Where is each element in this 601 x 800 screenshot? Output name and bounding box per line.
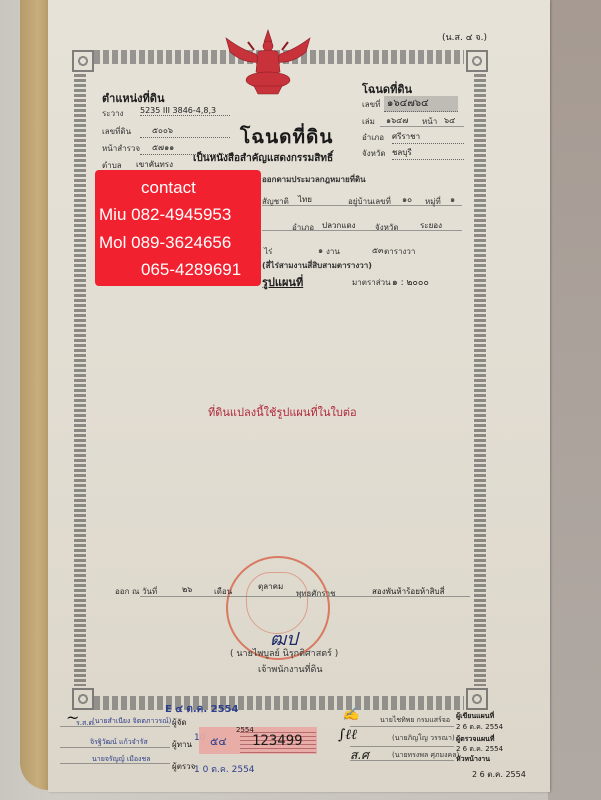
province-label: จังหวัด [362, 147, 386, 160]
moo-label: หมู่ที่ [425, 195, 441, 208]
footer-right-date-1: 2 6 ต.ค. 2554 [456, 722, 503, 733]
corner-ornament-icon [72, 688, 94, 710]
owner-province-label: จังหวัด [375, 221, 399, 234]
garuda-emblem-icon [224, 28, 312, 98]
footer-right-date-3: 2 6 ต.ค. 2554 [472, 768, 526, 781]
map-sheet-value: 5235 III 3846-4,8,3 [140, 106, 230, 116]
footer-right-name-2: (นายภิญโญ วรรณา) [392, 733, 455, 744]
province-value: ชลบุรี [392, 146, 464, 160]
page-title: โฉนดที่ดิน [240, 122, 333, 152]
form-code: (น.ส. ๔ จ.) [442, 30, 487, 44]
district-value: ศรีราชา [392, 130, 464, 144]
owner-district-label: อำเภอ [292, 221, 314, 234]
border-right [474, 74, 486, 686]
footer-right-role-1: ผู้เขียนแผนที่ [456, 711, 494, 722]
legal-basis: ออกตามประมวลกฎหมายที่ดิน [262, 173, 366, 186]
year-label: พุทธศักราช [296, 587, 336, 600]
footer-right-name-1: นายไชทิพย กรมแสร์จอ [380, 715, 450, 726]
map-sheet-label: ระวาง [102, 107, 123, 120]
contact-overlay: contact Miu 082-4945953 Mol 089-3624656 … [95, 170, 261, 286]
scale-value: ๑ : ๒๐๐๐ [392, 275, 429, 289]
corner-ornament-icon [466, 688, 488, 710]
volume-label: เล่ม [362, 115, 375, 128]
floor-background [548, 0, 601, 800]
official-title: เจ้าพนักงานที่ดิน [258, 662, 322, 676]
corner-ornament-icon [72, 50, 94, 72]
border-left [74, 74, 86, 686]
footer-stamp-date: E ๔ ต.ค. 2554 [165, 702, 238, 717]
serial-number: 123499 [252, 733, 303, 749]
border-bottom [94, 696, 464, 710]
side-label-2: ผู้ทาน [172, 738, 192, 751]
issued-month: ตุลาคม [258, 580, 283, 593]
house-no-label: อยู่บ้านเลขที่ [348, 195, 391, 208]
deed-no-value: ๑๖๔๗๖๔ [384, 96, 458, 112]
contact-line-miu: Miu 082-4945953 [99, 205, 231, 225]
issued-day: ๒๖ [182, 583, 192, 596]
map-note: ที่ดินแปลงนี้ใช้รูปแผนที่ในใบต่อ [208, 403, 357, 421]
side-label-3: ผู้ตรวจ [172, 760, 195, 773]
footer-date-stamp: 1 0 ต.ค. 2554 [194, 762, 255, 776]
wa-label: ตารางวา [384, 245, 415, 258]
official-name: ( นายไพบูลย์ นิรุกติศาสตร์ ) [230, 646, 338, 660]
nationality-label: สัญชาติ [262, 195, 289, 208]
location-heading: ตำแหน่งที่ดิน [102, 89, 164, 107]
wa-value: ๕๓ [372, 244, 384, 257]
side-label-1: ผู้จัด [172, 716, 187, 729]
parcel-no-label: เลขที่ดิน [102, 125, 131, 138]
contact-line-3: 065-4289691 [141, 260, 241, 280]
survey-page-label: หน้าสำรวจ [102, 142, 140, 155]
area-in-words: (สี่ไร่สามงานสี่สิบสามตารางวา) [262, 259, 372, 272]
scale-label: มาตราส่วน [352, 276, 391, 289]
rai-label: ไร่ [264, 245, 272, 258]
document-subtitle: เป็นหนังสือสำคัญแสดงกรรมสิทธิ์ [193, 151, 333, 166]
corner-ornament-icon [466, 50, 488, 72]
district-label: อำเภอ [362, 131, 384, 144]
ngan-value: ๑ [318, 244, 323, 257]
deed-no-label: เลขที่ [362, 98, 380, 111]
pink-stamp-code: ๕๔ [210, 732, 227, 750]
map-heading: รูปแผนที่ [262, 273, 303, 291]
contact-heading: contact [141, 178, 196, 198]
ngan-label: งาน [326, 245, 340, 258]
footer-right-role-3: หัวหน้างาน [456, 754, 490, 765]
contact-line-mol: Mol 089-3624656 [99, 233, 231, 253]
parcel-no-value: ๕๐๐๖ [140, 124, 230, 138]
